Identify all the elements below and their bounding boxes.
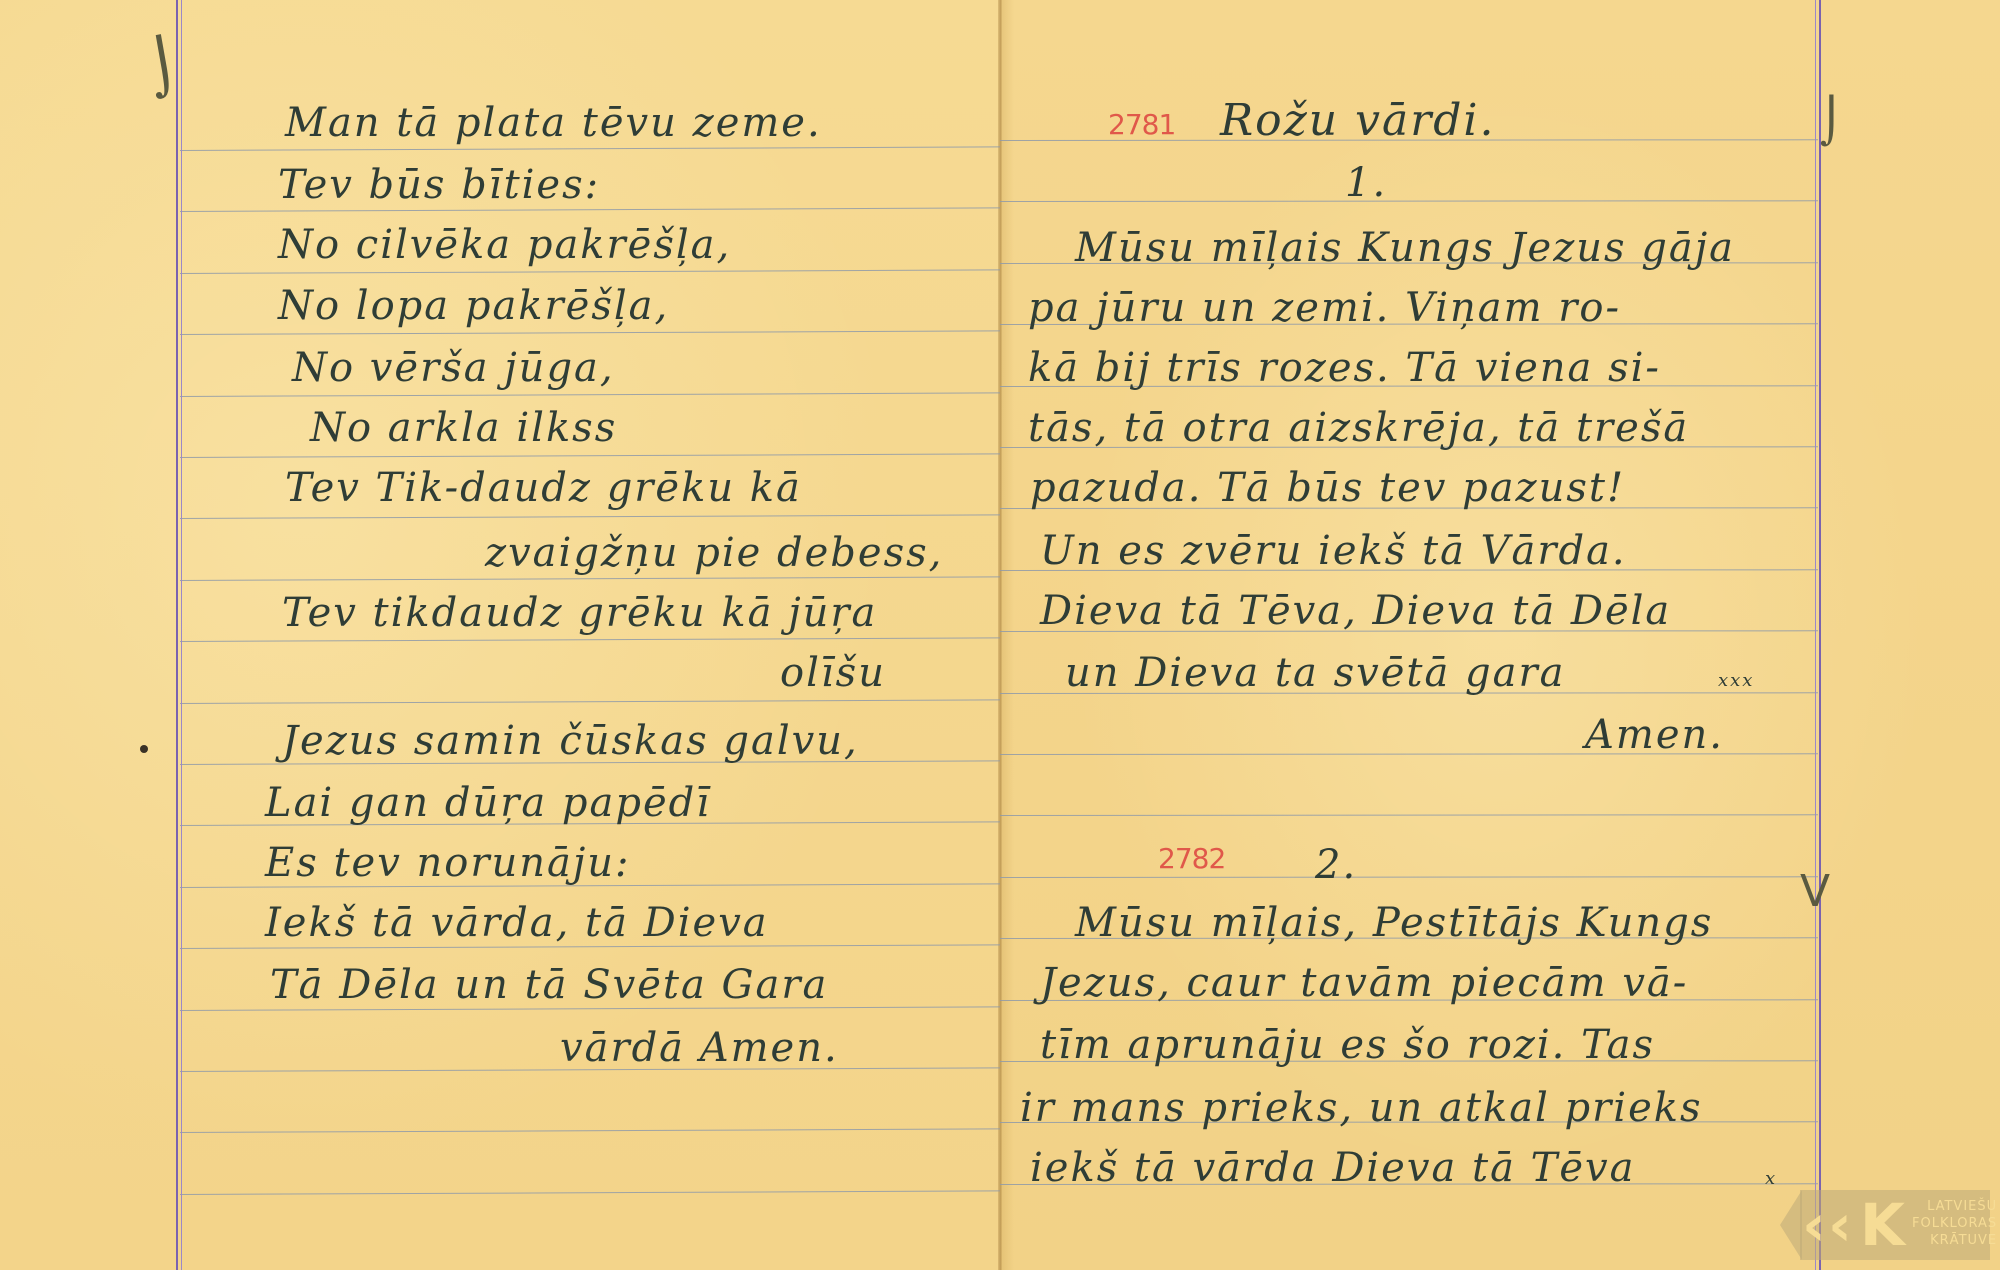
left-line-6: No arkla ilkss bbox=[310, 405, 617, 451]
s1-line-8: un Dieva ta svētā gara bbox=[1065, 650, 1565, 696]
left-margin-line-inner bbox=[181, 0, 182, 1270]
logo-text: LATVIEŠU FOLKLORAS KRĀTUVE bbox=[1912, 1198, 1997, 1249]
s1-line-3: kā bij trīs rozes. Tā viena si- bbox=[1028, 345, 1661, 391]
left-margin-line bbox=[176, 0, 178, 1270]
left-line-16: vārdā Amen. bbox=[560, 1025, 839, 1071]
right-margin-v-mark: V bbox=[1800, 870, 1830, 914]
s2-line-3: tīm aprunāju es šo rozi. Tas bbox=[1040, 1022, 1655, 1068]
archive-number-2782: 2782 bbox=[1158, 842, 1225, 875]
logo-line-3: KRĀTUVE bbox=[1912, 1232, 1997, 1249]
archive-logo: ‹ ‹ K LATVIEŠU FOLKLORAS KRĀTUVE bbox=[1740, 1190, 1990, 1260]
right-margin-line bbox=[1819, 0, 1821, 1270]
left-line-13: Es tev norunāju: bbox=[265, 840, 630, 886]
left-line-5: No vērša jūga, bbox=[292, 345, 615, 391]
chevron-left-icon: ‹ bbox=[1802, 1192, 1826, 1258]
binding-fold bbox=[998, 0, 1002, 1270]
left-line-1: Man tā plata tēvu zeme. bbox=[285, 100, 822, 146]
logo-arrow-shape bbox=[1780, 1190, 1802, 1260]
chevron-left-icon: ‹ bbox=[1828, 1192, 1852, 1258]
left-line-14: Iekš tā vārda, tā Dieva bbox=[265, 900, 769, 946]
left-line-12: Lai gan dūŗa papēdī bbox=[265, 780, 711, 826]
s1-line-9: Amen. bbox=[1585, 712, 1724, 758]
section-2-number: 2. bbox=[1315, 842, 1357, 888]
right-margin-line-inner bbox=[1815, 0, 1816, 1270]
ink-dot bbox=[140, 745, 148, 753]
s2-marks: x bbox=[1765, 1168, 1777, 1189]
left-line-3: No cilvēka pakrēšļa, bbox=[278, 222, 731, 268]
left-line-9: Tev tikdaudz grēku kā jūŗa bbox=[282, 590, 877, 636]
left-line-4: No lopa pakrēšļa, bbox=[278, 283, 669, 329]
page-title: Rožu vārdi. bbox=[1220, 95, 1495, 146]
s1-line-7: Dieva tā Tēva, Dieva tā Dēla bbox=[1040, 588, 1671, 634]
s1-marks: xxx bbox=[1718, 670, 1754, 691]
logo-line-1: LATVIEŠU bbox=[1912, 1198, 1997, 1215]
left-line-8: zvaigžņu pie debess, bbox=[485, 530, 943, 576]
s1-line-1: Mūsu mīļais Kungs Jezus gāja bbox=[1075, 225, 1735, 271]
left-line-7: Tev Tik-daudz grēku kā bbox=[285, 465, 802, 511]
s1-line-2: pa jūru un zemi. Viņam ro- bbox=[1028, 285, 1621, 331]
right-page bbox=[1000, 0, 2000, 1270]
s2-line-2: Jezus, caur tavām piecām vā- bbox=[1040, 960, 1688, 1006]
logo-line-2: FOLKLORAS bbox=[1912, 1215, 1997, 1232]
s1-line-5: pazuda. Tā būs tev pazust! bbox=[1030, 465, 1625, 511]
right-margin-check-mark: ⌡ bbox=[1820, 100, 1843, 144]
archive-number-2781: 2781 bbox=[1108, 108, 1175, 141]
logo-k-glyph: K bbox=[1860, 1192, 1905, 1258]
left-line-10: olīšu bbox=[780, 650, 886, 696]
s1-line-4: tās, tā otra aizskrēja, tā trešā bbox=[1028, 405, 1689, 451]
left-line-15: Tā Dēla un tā Svēta Gara bbox=[270, 962, 828, 1008]
s2-line-5: iekš tā vārda Dieva tā Tēva bbox=[1030, 1145, 1635, 1191]
s2-line-1: Mūsu mīļais, Pestītājs Kungs bbox=[1075, 900, 1713, 946]
left-line-11: Jezus samin čūskas galvu, bbox=[282, 718, 859, 764]
s2-line-4: ir mans prieks, un atkal prieks bbox=[1020, 1085, 1703, 1131]
s1-line-6: Un es zvēru iekš tā Vārda. bbox=[1040, 528, 1627, 574]
section-1-number: 1. bbox=[1345, 160, 1387, 206]
left-line-2: Tev būs bīties: bbox=[278, 162, 600, 208]
